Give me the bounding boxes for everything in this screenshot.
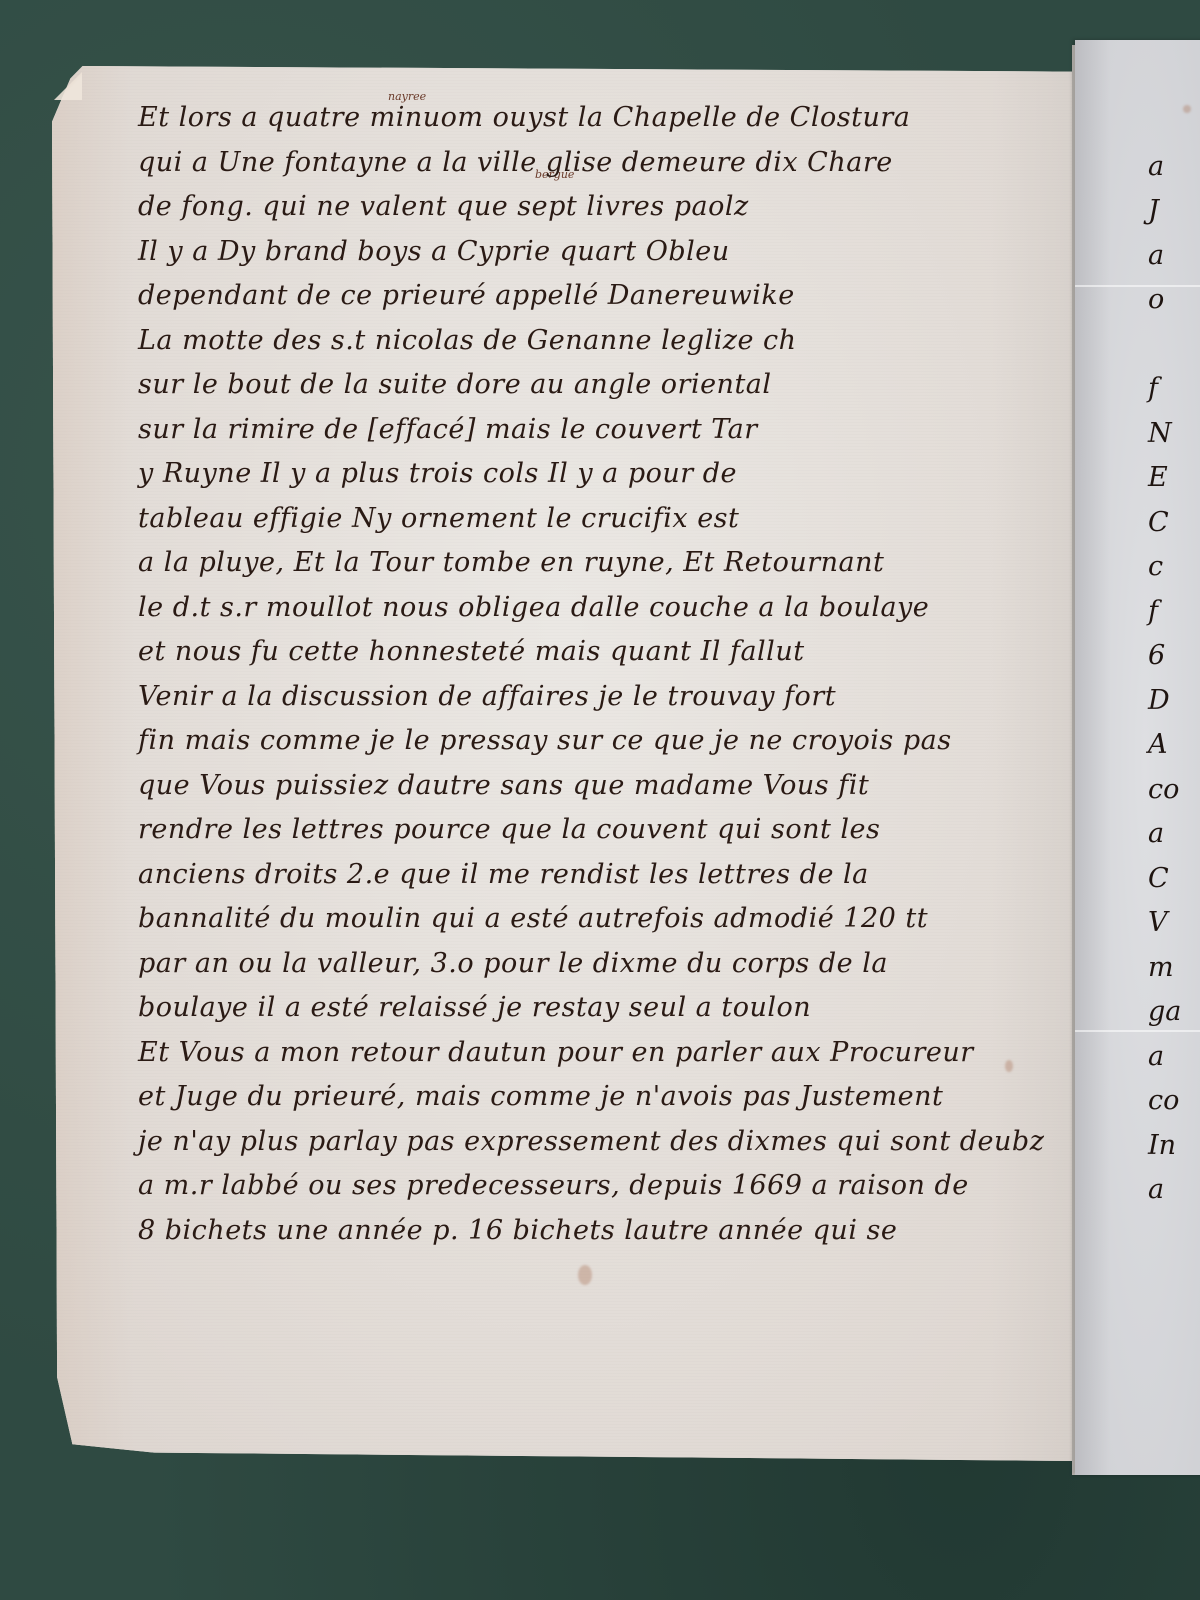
manuscript-line: 8 bichets une année p. 16 bichets lautre… xyxy=(138,1209,1058,1254)
manuscript-line: et Juge du prieuré, mais comme je n'avoi… xyxy=(138,1075,1058,1120)
right-page-fragment: ga xyxy=(1148,990,1200,1035)
manuscript-line: fin mais comme je le pressay sur ce que … xyxy=(138,719,1058,764)
right-page-text-fragments: a J a o f N E C c f 6 D A co a C V m ga … xyxy=(1148,100,1200,1213)
manuscript-text-block: Et lors a quatre minuom ouyst la Chapell… xyxy=(138,96,1058,1253)
right-page-fragment: C xyxy=(1148,501,1200,546)
right-page-fragment: a xyxy=(1148,812,1200,857)
right-page-fragment: N xyxy=(1148,412,1200,457)
manuscript-line: a m.r labbé ou ses predecesseurs, depuis… xyxy=(138,1164,1058,1209)
manuscript-line: de fong. qui ne valent que sept livres p… xyxy=(138,185,1058,230)
manuscript-line: je n'ay plus parlay pas expressement des… xyxy=(138,1120,1058,1165)
right-page-fragment: A xyxy=(1148,723,1200,768)
manuscript-line: anciens droits 2.e que il me rendist les… xyxy=(138,853,1058,898)
right-page-fragment: a xyxy=(1148,145,1200,190)
right-page-fragment: a xyxy=(1148,1168,1200,1213)
manuscript-line: Venir a la discussion de affaires je le … xyxy=(138,675,1058,720)
manuscript-line: le d.t s.r moullot nous obligea dalle co… xyxy=(138,586,1058,631)
right-page-fragment: In xyxy=(1148,1124,1200,1169)
manuscript-line: dependant de ce prieuré appellé Danereuw… xyxy=(138,274,1058,319)
manuscript-line: sur le bout de la suite dore au angle or… xyxy=(138,363,1058,408)
right-page-fragment: C xyxy=(1148,857,1200,902)
ink-stain xyxy=(578,1265,592,1285)
manuscript-line: que Vous puissiez dautre sans que madame… xyxy=(138,764,1058,809)
manuscript-line: Il y a Dy brand boys a Cyprie quart Oble… xyxy=(138,230,1058,275)
right-page-fragment xyxy=(1148,323,1200,368)
manuscript-line: et nous fu cette honnesteté mais quant I… xyxy=(138,630,1058,675)
right-page-fragment: co xyxy=(1148,1079,1200,1124)
manuscript-line: a la pluye, Et la Tour tombe en ruyne, E… xyxy=(138,541,1058,586)
manuscript-line: qui a Une fontayne a la ville glise deme… xyxy=(138,141,1058,186)
manuscript-line: La motte des s.t nicolas de Genanne legl… xyxy=(138,319,1058,364)
right-page-fragment: f xyxy=(1148,367,1200,412)
right-page-fragment: J xyxy=(1148,189,1200,234)
right-page-fragment: a xyxy=(1148,1035,1200,1080)
manuscript-line: rendre les lettres pource que la couvent… xyxy=(138,808,1058,853)
right-page-fragment: f xyxy=(1148,590,1200,635)
manuscript-line: tableau effigie Ny ornement le crucifix … xyxy=(138,497,1058,542)
right-page-fragment: a xyxy=(1148,234,1200,279)
right-page-fragment: o xyxy=(1148,278,1200,323)
right-page-fragment: co xyxy=(1148,768,1200,813)
right-page-fragment: V xyxy=(1148,901,1200,946)
right-page-fragment: E xyxy=(1148,456,1200,501)
manuscript-line: sur la rimire de [effacé] mais le couver… xyxy=(138,408,1058,453)
folded-corner xyxy=(54,72,82,100)
right-page-fragment xyxy=(1148,100,1200,145)
right-page-fragment: m xyxy=(1148,946,1200,991)
manuscript-line: Et Vous a mon retour dautun pour en parl… xyxy=(138,1031,1058,1076)
manuscript-line: boulaye il a esté relaissé je restay seu… xyxy=(138,986,1058,1031)
manuscript-line: bannalité du moulin qui a esté autrefois… xyxy=(138,897,1058,942)
manuscript-line: y Ruyne Il y a plus trois cols Il y a po… xyxy=(138,452,1058,497)
right-page-fragment: D xyxy=(1148,679,1200,724)
right-page-fragment: c xyxy=(1148,545,1200,590)
right-page-fragment: 6 xyxy=(1148,634,1200,679)
manuscript-line: par an ou la valleur, 3.o pour le dixme … xyxy=(138,942,1058,987)
manuscript-line: Et lors a quatre minuom ouyst la Chapell… xyxy=(138,96,1058,141)
